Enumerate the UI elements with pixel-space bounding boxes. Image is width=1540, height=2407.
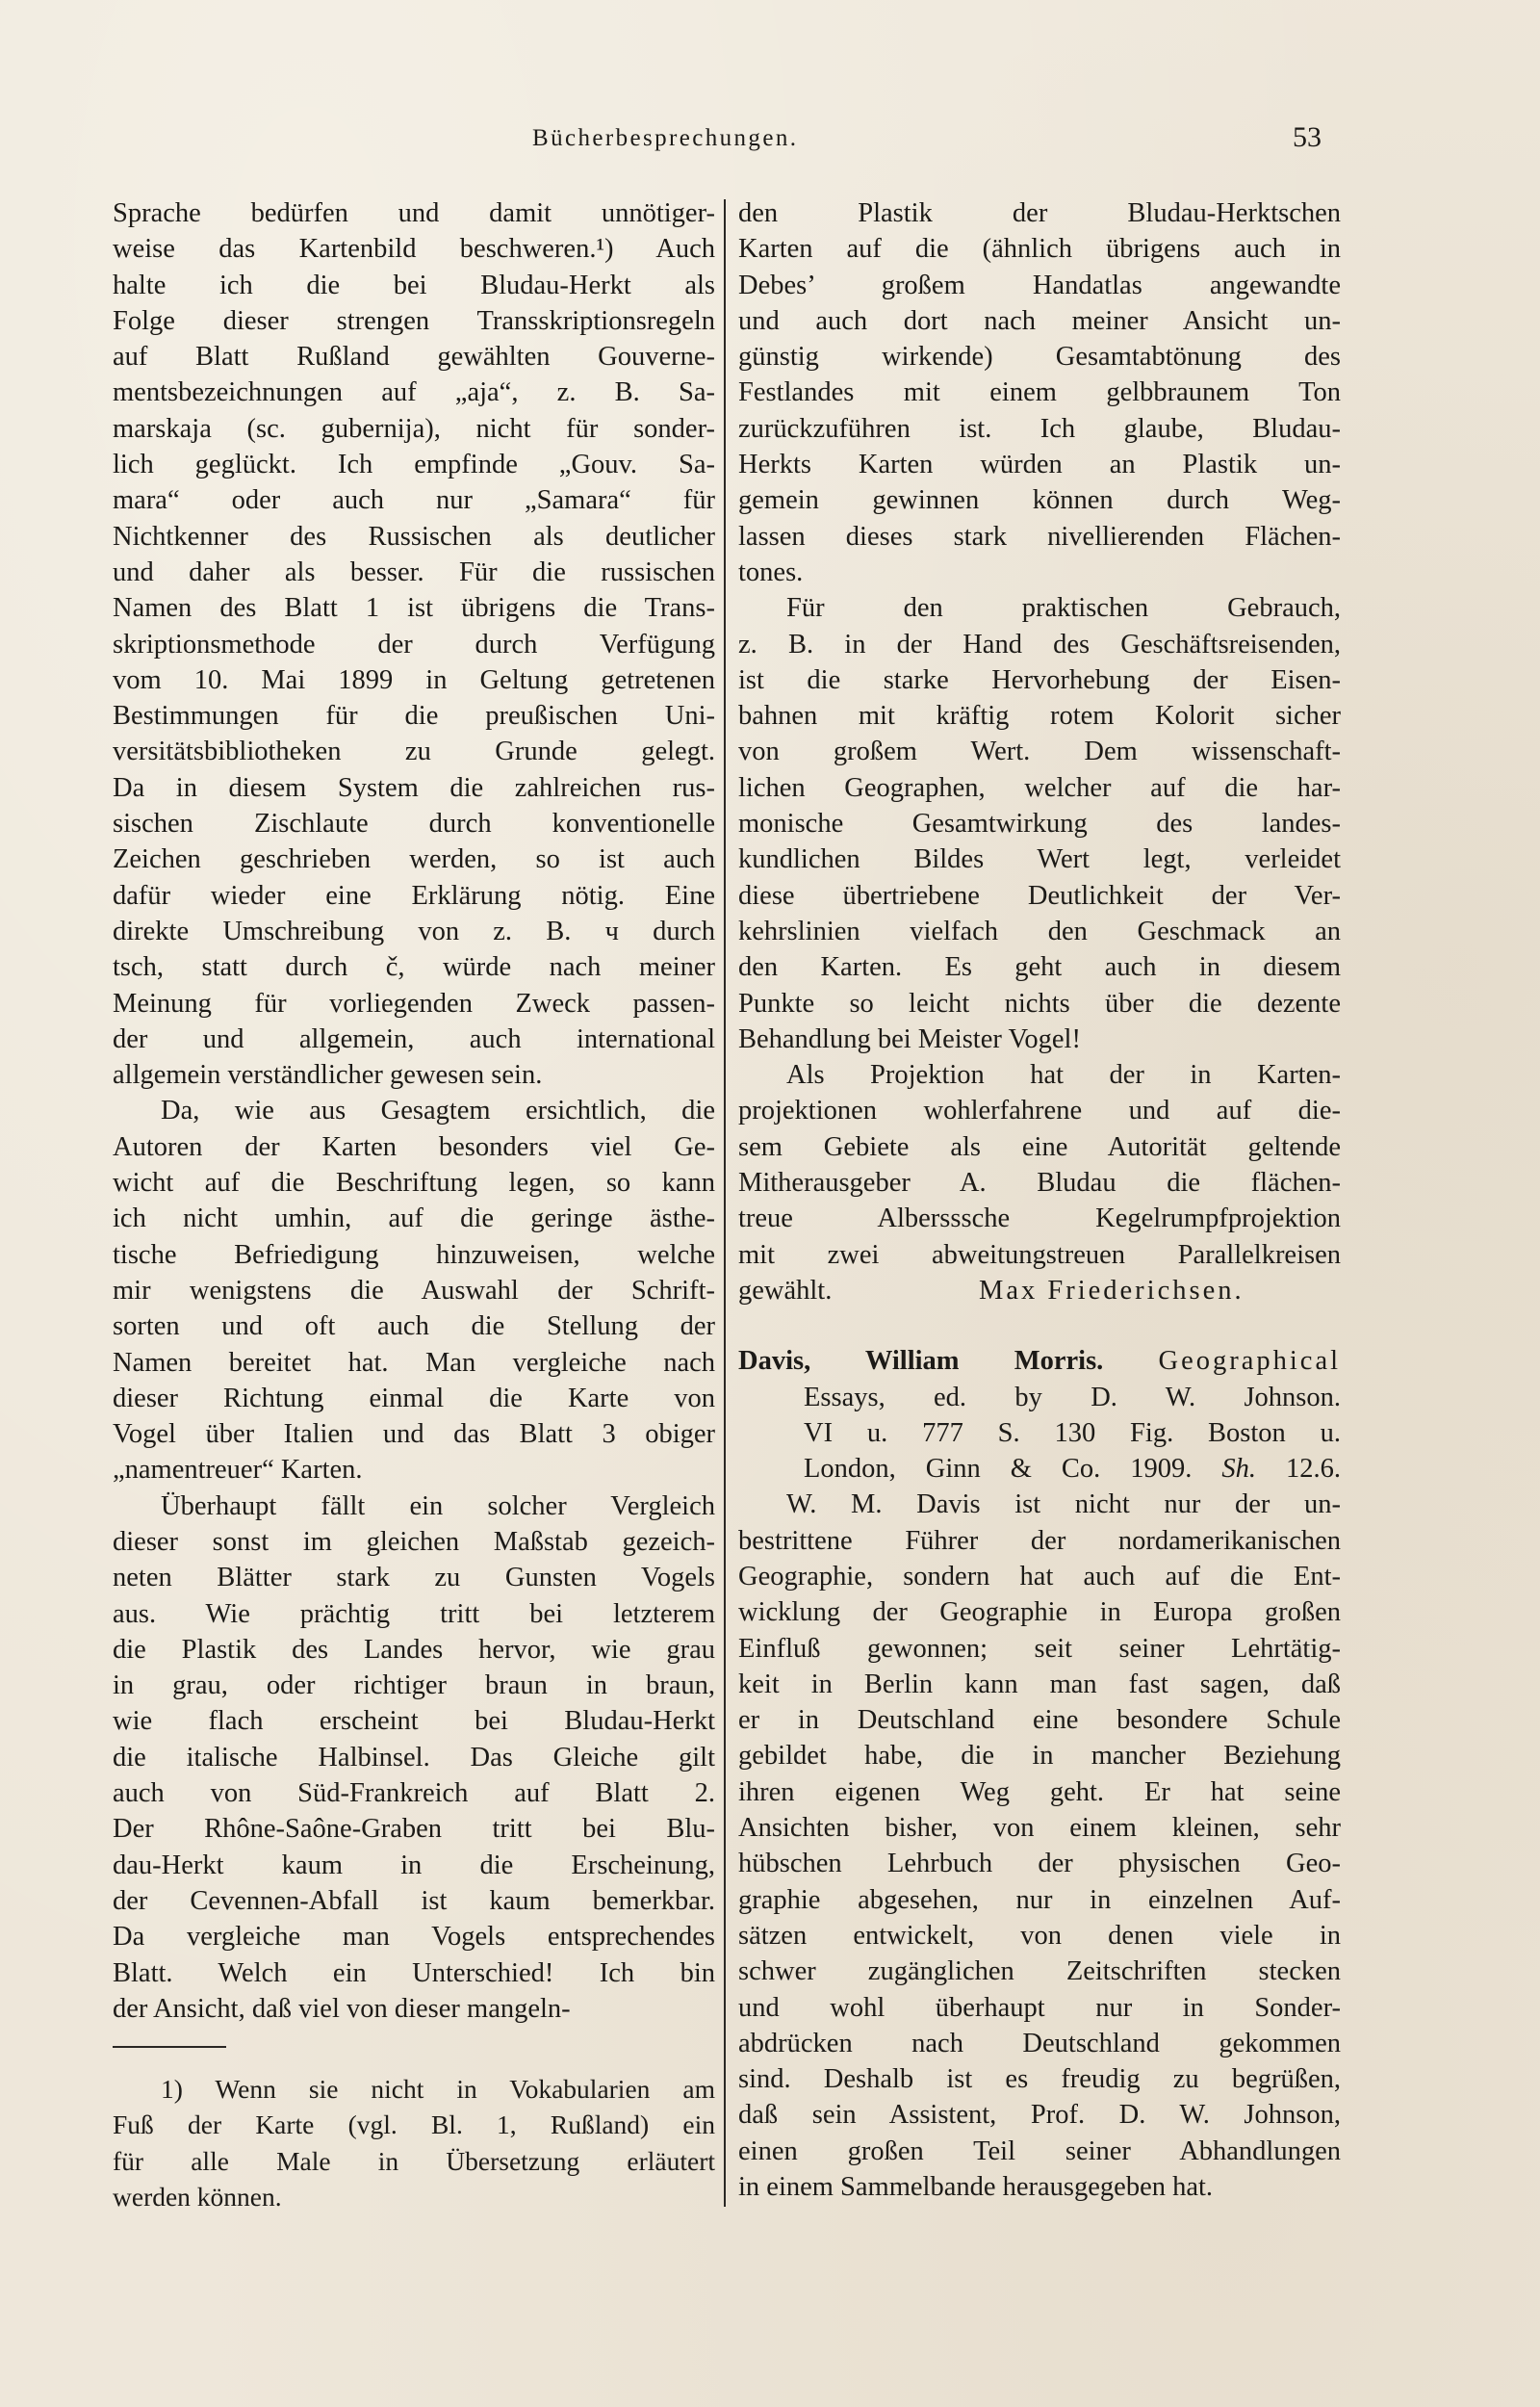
- publisher: London, Ginn & Co. 1909.: [804, 1454, 1192, 1484]
- text-line: monische Gesamtwirkung des landes-: [738, 806, 1341, 841]
- text-line: dieser sonst im gleichen Maßstab gezeich…: [113, 1524, 715, 1560]
- text-line: der und allgemein, auch international: [113, 1022, 715, 1057]
- text-line: treue Albersssche Kegelrumpfprojektion: [738, 1201, 1341, 1236]
- text-line: Karten auf die (ähnlich übrigens auch in: [738, 231, 1341, 267]
- text-line: diese übertriebene Deutlichkeit der Ver-: [738, 878, 1341, 914]
- right-column: den Plastik der Bludau-HerktschenKarten …: [738, 195, 1341, 2205]
- footnote-line: Fuß der Karte (vgl. Bl. 1, Rußland) ein: [113, 2107, 715, 2142]
- text-line: von großem Wert. Dem wissenschaft-: [738, 734, 1341, 769]
- text-line: zurückzuführen ist. Ich glaube, Bludau-: [738, 411, 1341, 447]
- text-line: Da in diesem System die zahlreichen rus-: [113, 770, 715, 806]
- text-line: Blatt. Welch ein Unterschied! Ich bin: [113, 1955, 715, 1991]
- footnote-rule: [113, 2046, 226, 2048]
- text-line: ich nicht umhin, auf die geringe ästhe-: [113, 1201, 715, 1236]
- text-line: in grau, oder richtiger braun in braun,: [113, 1668, 715, 1703]
- text-line: abdrücken nach Deutschland gekommen: [738, 2026, 1341, 2061]
- text-line: Überhaupt fällt ein solcher Vergleich: [113, 1488, 715, 1524]
- book-entry-heading: Davis, William Morris. Geographical: [738, 1343, 1341, 1379]
- text-line: Punkte so leicht nichts über die dezente: [738, 986, 1341, 1022]
- footnote-line: 1) Wenn sie nicht in Vokabularien am: [113, 2071, 715, 2107]
- text-line: Als Projektion hat der in Karten-: [738, 1057, 1341, 1093]
- text-line: tones.: [738, 555, 1341, 590]
- book-entry-line: Essays, ed. by D. W. Johnson.: [738, 1380, 1341, 1415]
- text-line: Namen bereitet hat. Man vergleiche nach: [113, 1345, 715, 1381]
- text-line: mit zwei abweitungstreuen Parallelkreise…: [738, 1237, 1341, 1273]
- text-line: die Plastik des Landes hervor, wie grau: [113, 1632, 715, 1668]
- left-column: Sprache bedürfen und damit unnötiger-wei…: [113, 195, 715, 2027]
- book-author: Davis, William Morris.: [738, 1346, 1103, 1376]
- book-entry-publisher: London, Ginn & Co. 1909. Sh. 12.6.: [738, 1451, 1341, 1487]
- text-line: bahnen mit kräftig rotem Kolorit sicher: [738, 698, 1341, 734]
- text-line: gemein gewinnen können durch Weg-: [738, 482, 1341, 518]
- text-line: lichen Geographen, welcher auf die har-: [738, 770, 1341, 806]
- text-line: daß sein Assistent, Prof. D. W. Johnson,: [738, 2097, 1341, 2133]
- text-line: Festlandes mit einem gelbbraunem Ton: [738, 375, 1341, 410]
- text-line: Folge dieser strengen Transskriptionsreg…: [113, 303, 715, 339]
- text-line: den Plastik der Bludau-Herktschen: [738, 195, 1341, 231]
- text-line: allgemein verständlicher gewesen sein.: [113, 1057, 715, 1093]
- text-line: Für den praktischen Gebrauch,: [738, 590, 1341, 626]
- text-line: keit in Berlin kann man fast sagen, daß: [738, 1667, 1341, 1702]
- text-line: „namentreuer“ Karten.: [113, 1452, 715, 1488]
- footnote-line: für alle Male in Übersetzung erläutert: [113, 2143, 715, 2179]
- text-line: Einfluß gewonnen; seit seiner Lehrtätig-: [738, 1631, 1341, 1667]
- running-head: Bücherbesprechungen.: [532, 123, 917, 154]
- text-line: direkte Umschreibung von z. B. ч durch: [113, 914, 715, 949]
- text-line: den Karten. Es geht auch in diesem: [738, 949, 1341, 985]
- text-line: Der Rhône-Saône-Graben tritt bei Blu-: [113, 1811, 715, 1847]
- text-line: dau-Herkt kaum in die Erscheinung,: [113, 1848, 715, 1883]
- last-word: gewählt.: [738, 1276, 832, 1306]
- text-line: tsch, statt durch č, würde nach meiner: [113, 949, 715, 985]
- text-line: dieser Richtung einmal die Karte von: [113, 1381, 715, 1416]
- text-line: schwer zugänglichen Zeitschriften stecke…: [738, 1954, 1341, 1989]
- footnote-line: werden können.: [113, 2179, 715, 2214]
- text-line: Zeichen geschrieben werden, so ist auch: [113, 841, 715, 877]
- text-line: Da vergleiche man Vogels entsprechendes: [113, 1919, 715, 1954]
- text-line: ihren eigenen Weg geht. Er hat seine: [738, 1774, 1341, 1810]
- text-line: Herkts Karten würden an Plastik un-: [738, 447, 1341, 482]
- book-entry-line: VI u. 777 S. 130 Fig. Boston u.: [738, 1415, 1341, 1451]
- text-line: mentsbezeichnungen auf „aja“, z. B. Sa-: [113, 375, 715, 410]
- text-line: Sprache bedürfen und damit unnötiger-: [113, 195, 715, 231]
- text-line: Nichtkenner des Russischen als deutliche…: [113, 519, 715, 555]
- text-line: neten Blätter stark zu Gunsten Vogels: [113, 1560, 715, 1595]
- text-line: auch von Süd-Frankreich auf Blatt 2.: [113, 1775, 715, 1811]
- text-line: er in Deutschland eine besondere Schule: [738, 1702, 1341, 1738]
- text-line: kundlichen Bildes Wert legt, verleidet: [738, 841, 1341, 877]
- text-line: Behandlung bei Meister Vogel!: [738, 1022, 1341, 1057]
- text-line: lich geglückt. Ich empfinde „Gouv. Sa-: [113, 447, 715, 482]
- text-line: Namen des Blatt 1 ist übrigens die Trans…: [113, 590, 715, 626]
- text-line: Autoren der Karten besonders viel Ge-: [113, 1129, 715, 1165]
- text-line: graphie abgesehen, nur in einzelnen Auf-: [738, 1882, 1341, 1918]
- text-line: W. M. Davis ist nicht nur der un-: [738, 1487, 1341, 1522]
- text-line: einen großen Teil seiner Abhandlungen: [738, 2134, 1341, 2169]
- text-line: Bestimmungen für die preußischen Uni-: [113, 698, 715, 734]
- text-line: dafür wieder eine Erklärung nötig. Eine: [113, 878, 715, 914]
- text-line: sind. Deshalb ist es freudig zu begrüßen…: [738, 2061, 1341, 2097]
- text-line: sem Gebiete als eine Autorität geltende: [738, 1129, 1341, 1165]
- reviewer-signature: Max Friederichsen.: [979, 1273, 1245, 1308]
- text-line: wie flach erscheint bei Bludau-Herkt: [113, 1703, 715, 1739]
- text-line: aus. Wie prächtig tritt bei letzterem: [113, 1596, 715, 1632]
- book-title-start: Geographical: [1159, 1346, 1342, 1376]
- text-line: hübschen Lehrbuch der physischen Geo-: [738, 1846, 1341, 1881]
- text-line: gebildet habe, die in mancher Beziehung: [738, 1738, 1341, 1773]
- column-divider: [724, 199, 726, 2207]
- text-line: weise das Kartenbild beschweren.¹) Auch: [113, 231, 715, 267]
- text-line: sischen Zischlaute durch konventionelle: [113, 806, 715, 841]
- text-line: und auch dort nach meiner Ansicht un-: [738, 303, 1341, 339]
- text-line: auf Blatt Rußland gewählten Gouverne-: [113, 339, 715, 375]
- text-line: projektionen wohlerfahrene und auf die-: [738, 1093, 1341, 1128]
- text-line: wicklung der Geographie in Europa großen: [738, 1594, 1341, 1630]
- text-line: bestrittene Führer der nordamerikanische…: [738, 1523, 1341, 1559]
- text-line: halte ich die bei Bludau-Herkt als: [113, 268, 715, 303]
- text-line: wicht auf die Beschriftung legen, so kan…: [113, 1165, 715, 1201]
- text-line: lassen dieses stark nivellierenden Fläch…: [738, 519, 1341, 555]
- price: Sh. 12.6.: [1221, 1454, 1341, 1484]
- text-line: versitätsbibliotheken zu Grunde gelegt.: [113, 734, 715, 769]
- text-line: und wohl überhaupt nur in Sonder-: [738, 1990, 1341, 2026]
- text-line: und daher als besser. Für die russischen: [113, 555, 715, 590]
- text-line: Meinung für vorliegenden Zweck passen-: [113, 986, 715, 1022]
- text-line: mir wenigstens die Auswahl der Schrift-: [113, 1273, 715, 1308]
- text-line: der Cevennen-Abfall ist kaum bemerkbar.: [113, 1883, 715, 1919]
- text-line: kehrslinien vielfach den Geschmack an: [738, 914, 1341, 949]
- text-line: sätzen entwickelt, von denen viele in: [738, 1918, 1341, 1954]
- text-line: skriptionsmethode der durch Verfügung: [113, 627, 715, 662]
- text-line: Debes’ großem Handatlas angewandte: [738, 268, 1341, 303]
- text-line: marskaja (sc. gubernija), nicht für sond…: [113, 411, 715, 447]
- text-line: in einem Sammelbande herausgegeben hat.: [738, 2169, 1341, 2205]
- text-line: der Ansicht, daß viel von dieser mangeln…: [113, 1991, 715, 2027]
- text-line: Ansichten bisher, von einem kleinen, seh…: [738, 1810, 1341, 1846]
- text-line: tische Befriedigung hinzuweisen, welche: [113, 1237, 715, 1273]
- text-line: ist die starke Hervorhebung der Eisen-: [738, 662, 1341, 698]
- text-line: Mitherausgeber A. Bludau die flächen-: [738, 1165, 1341, 1201]
- text-line: günstig wirkende) Gesamtabtönung des: [738, 339, 1341, 375]
- text-line: die italische Halbinsel. Das Gleiche gil…: [113, 1740, 715, 1775]
- text-line: Geographie, sondern hat auch auf die Ent…: [738, 1559, 1341, 1594]
- signature-line: gewählt. Max Friederichsen.: [738, 1273, 1341, 1308]
- text-line: Vogel über Italien und das Blatt 3 obige…: [113, 1416, 715, 1452]
- text-line: vom 10. Mai 1899 in Geltung getretenen: [113, 662, 715, 698]
- text-line: sorten und oft auch die Stellung der: [113, 1308, 715, 1344]
- section-gap: [738, 1308, 1341, 1343]
- text-line: z. B. in der Hand des Geschäftsreisenden…: [738, 627, 1341, 662]
- text-line: mara“ oder auch nur „Samara“ für: [113, 482, 715, 518]
- page-number: 53: [1293, 121, 1322, 154]
- footnote: 1) Wenn sie nicht in Vokabularien amFuß …: [113, 2071, 715, 2214]
- text-line: Da, wie aus Gesagtem ersichtlich, die: [113, 1093, 715, 1128]
